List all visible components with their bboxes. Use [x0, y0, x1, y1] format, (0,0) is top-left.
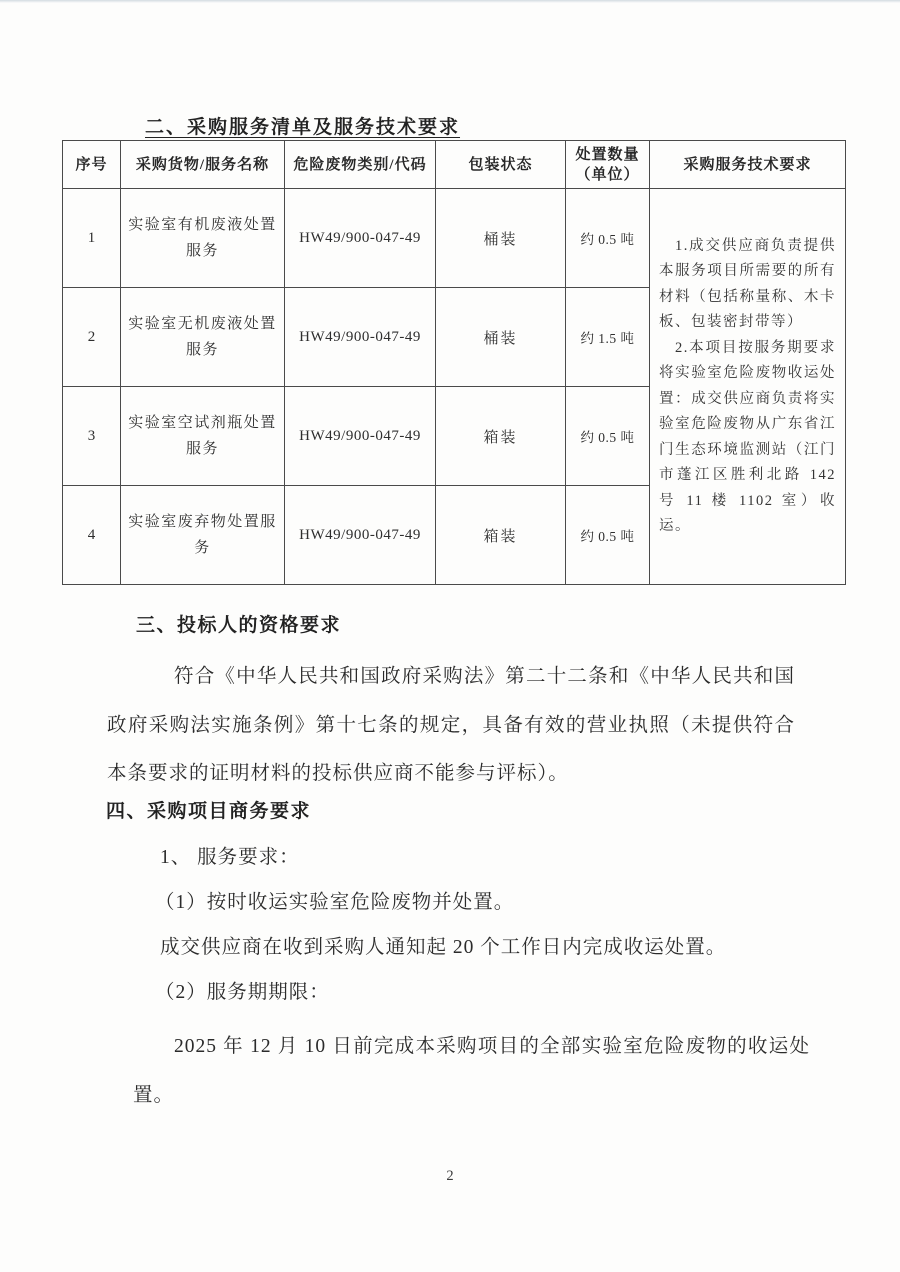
document-page: 二、采购服务清单及服务技术要求 序号 采购货物/服务名称 危险废物类别/代码 包… [0, 0, 900, 1272]
table-header-row: 序号 采购货物/服务名称 危险废物类别/代码 包装状态 处置数量 （单位） 采购… [63, 141, 846, 189]
section4-item-service-period-label: （2）服务期期限： [107, 978, 330, 1008]
cell-code: HW49/900-047-49 [285, 288, 436, 387]
scan-edge-artifact [0, 0, 900, 3]
service-list-table: 序号 采购货物/服务名称 危险废物类别/代码 包装状态 处置数量 （单位） 采购… [62, 140, 846, 585]
col-header-seq: 序号 [63, 141, 121, 189]
col-header-tech-requirements: 采购服务技术要求 [650, 141, 846, 189]
cell-packaging: 箱装 [436, 387, 566, 486]
cell-code: HW49/900-047-49 [285, 387, 436, 486]
cell-quantity: 约 0.5 吨 [566, 486, 650, 585]
section3-paragraph: 符合《中华人民共和国政府采购法》第二十二条和《中华人民共和国政府采购法实施条例》… [107, 653, 795, 799]
cell-code: HW49/900-047-49 [285, 189, 436, 288]
section4-item-completion-deadline: 成交供应商在收到采购人通知起 20 个工作日内完成收运处置。 [107, 933, 726, 963]
table-row: 1 实验室有机废液处置服务 HW49/900-047-49 桶装 约 0.5 吨… [63, 189, 846, 288]
section4-item-collection-requirement: （1）按时收运实验室危险废物并处置。 [107, 888, 514, 918]
section3-title: 三、投标人的资格要求 [136, 610, 341, 637]
section4-item-service-period-detail: 2025 年 12 月 10 日前完成本采购项目的全部实验室危险废物的收运处置。 [133, 1022, 810, 1120]
page-number: 2 [0, 1168, 900, 1185]
cell-name: 实验室废弃物处置服务 [121, 486, 285, 585]
cell-seq: 1 [63, 189, 121, 288]
col-header-name: 采购货物/服务名称 [121, 141, 285, 189]
cell-packaging: 箱装 [436, 486, 566, 585]
section4-title: 四、采购项目商务要求 [106, 796, 311, 823]
cell-seq: 2 [63, 288, 121, 387]
cell-quantity: 约 1.5 吨 [566, 288, 650, 387]
section2-title: 二、采购服务清单及服务技术要求 [145, 112, 460, 139]
col-header-quantity: 处置数量 （单位） [566, 141, 650, 189]
col-header-packaging: 包装状态 [436, 141, 566, 189]
cell-quantity: 约 0.5 吨 [566, 189, 650, 288]
cell-code: HW49/900-047-49 [285, 486, 436, 585]
cell-seq: 4 [63, 486, 121, 585]
col-header-code: 危险废物类别/代码 [285, 141, 436, 189]
tech-requirement-item: 2.本项目按服务期要求将实验室危险废物收运处置：成交供应商负责将实验室危险废物从… [659, 336, 836, 540]
cell-tech-requirements: 1.成交供应商负责提供本服务项目所需要的所有材料（包括称量称、木卡板、包装密封带… [650, 189, 846, 585]
cell-name: 实验室有机废液处置服务 [121, 189, 285, 288]
cell-name: 实验室空试剂瓶处置服务 [121, 387, 285, 486]
cell-name: 实验室无机废液处置服务 [121, 288, 285, 387]
tech-requirement-item: 1.成交供应商负责提供本服务项目所需要的所有材料（包括称量称、木卡板、包装密封带… [659, 234, 836, 336]
cell-packaging: 桶装 [436, 288, 566, 387]
cell-seq: 3 [63, 387, 121, 486]
section4-item-service-requirement-label: 1、 服务要求： [107, 843, 300, 873]
cell-quantity: 约 0.5 吨 [566, 387, 650, 486]
cell-packaging: 桶装 [436, 189, 566, 288]
